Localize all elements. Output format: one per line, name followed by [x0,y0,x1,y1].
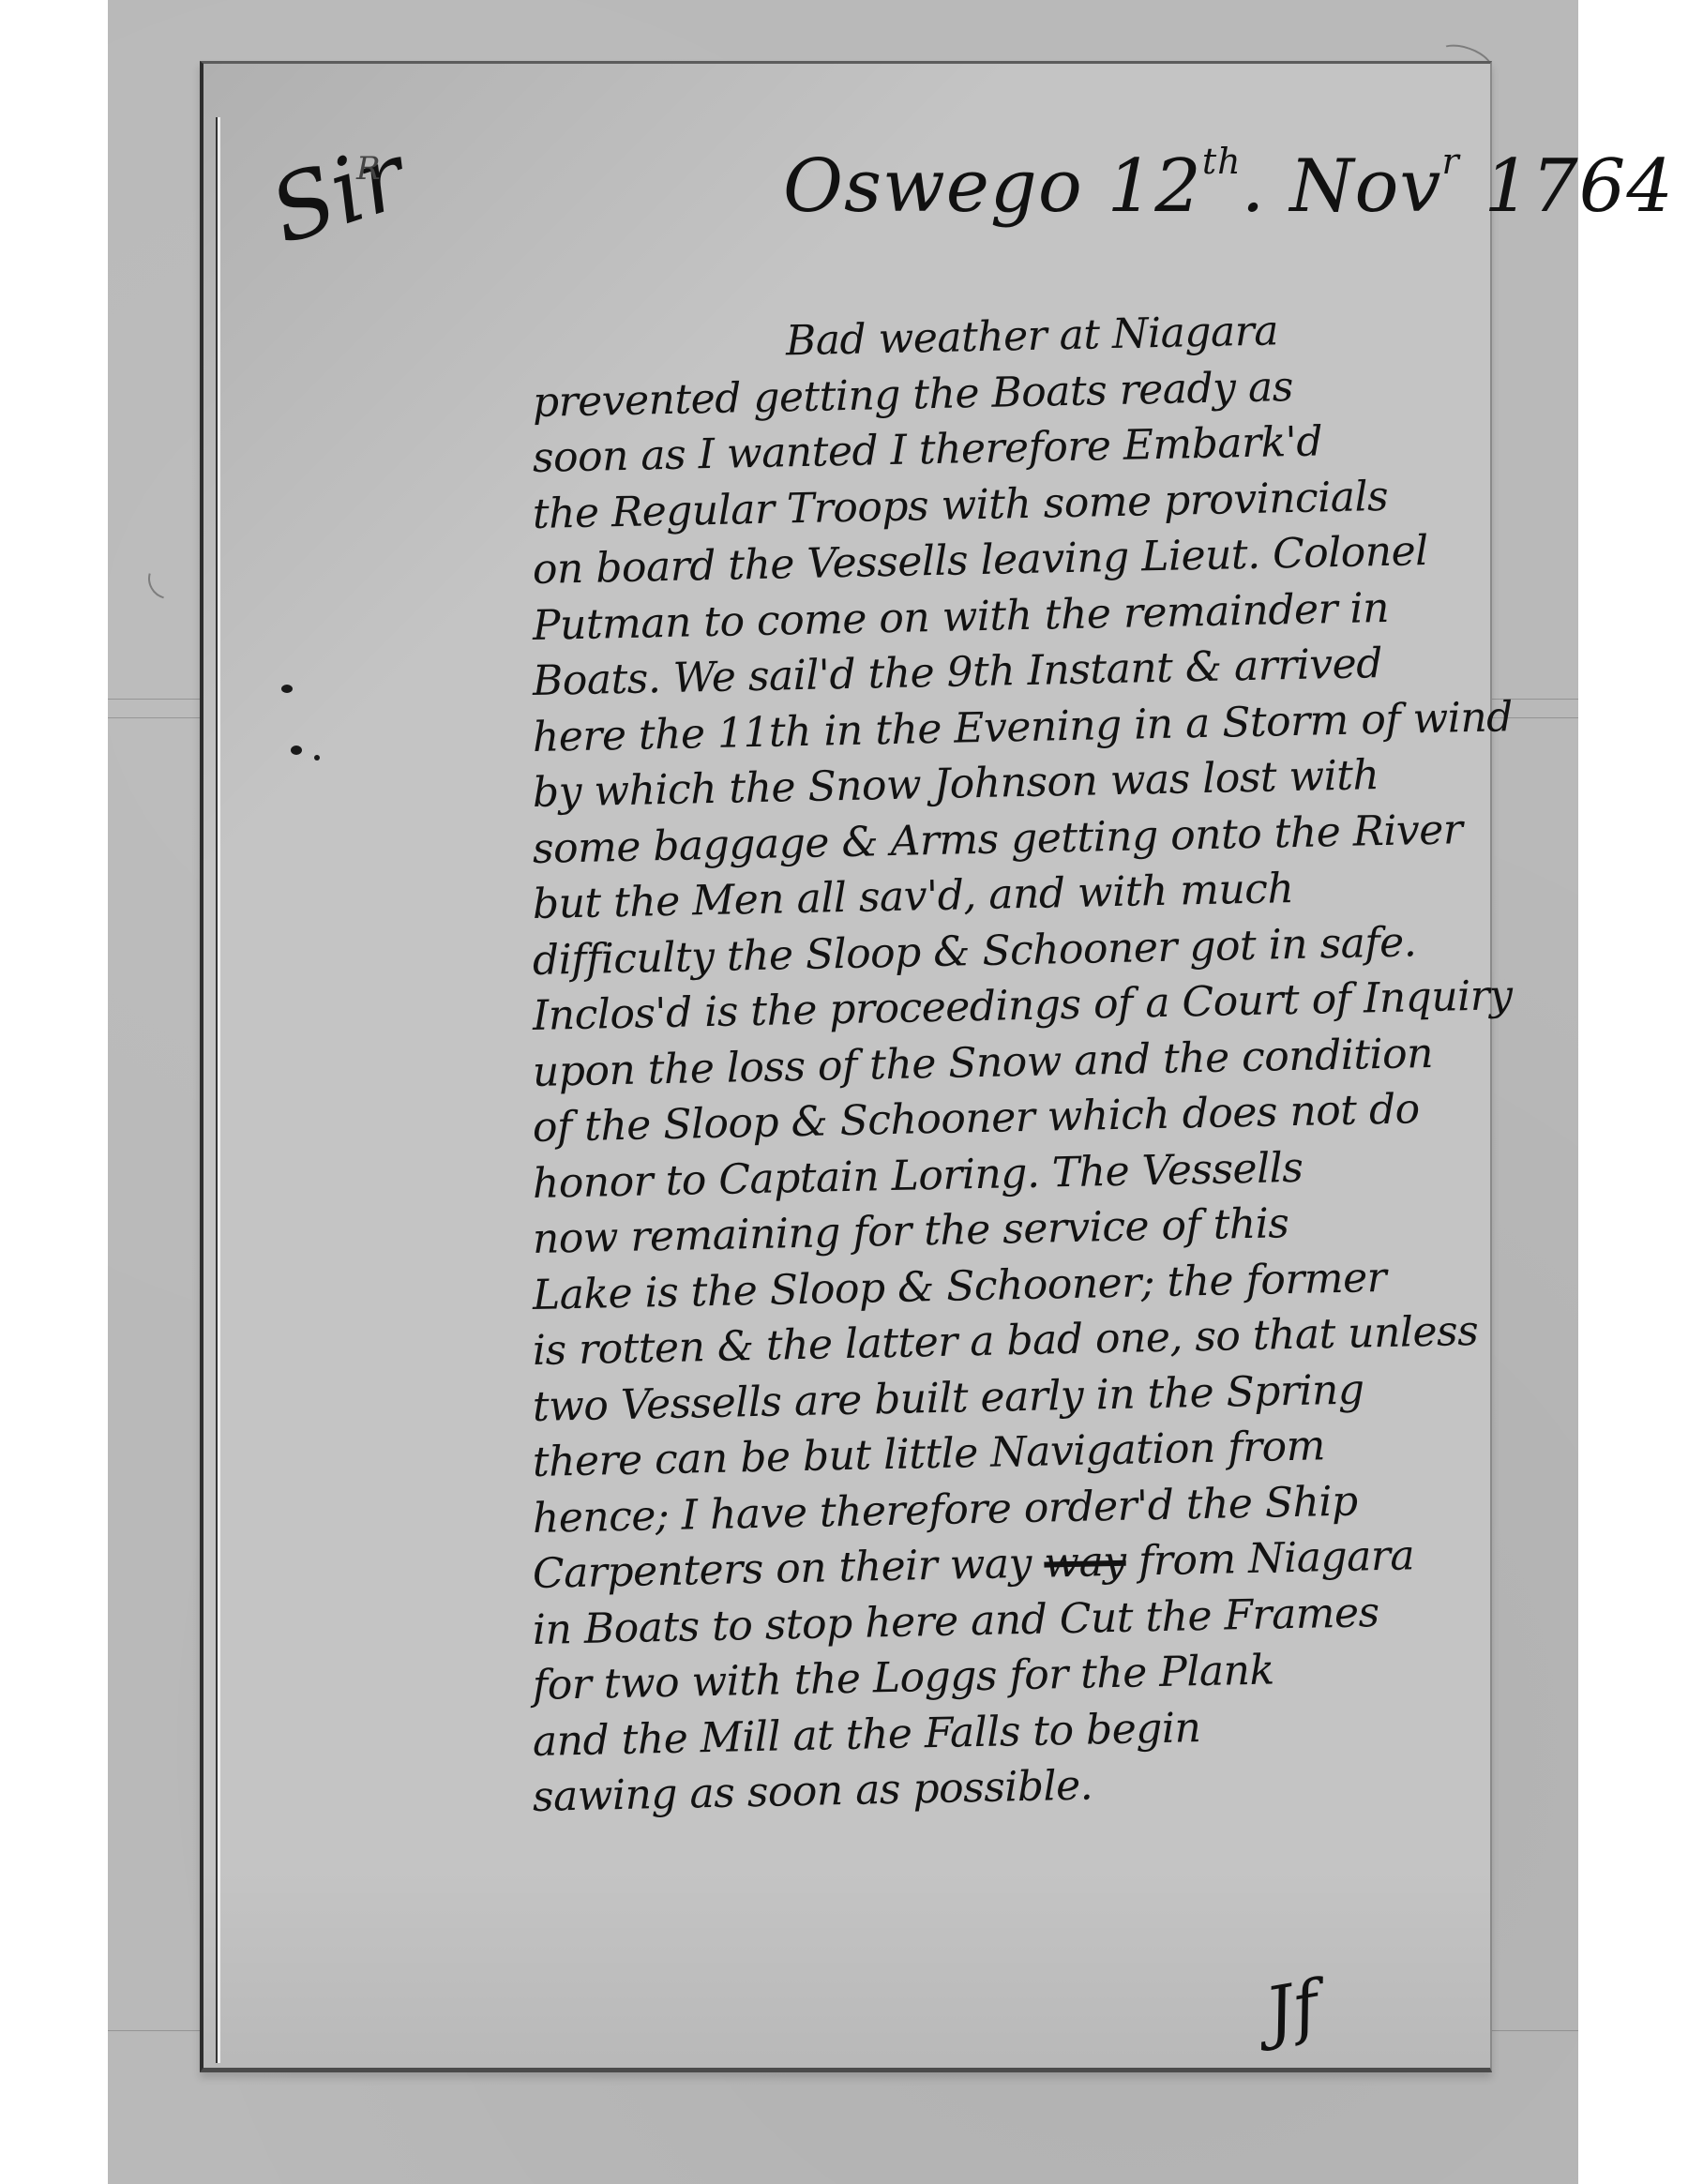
ink-blot [314,755,320,761]
dateline-day: 12 [1108,144,1202,229]
dateline-month: Nov [1289,144,1441,229]
dateline-month-suffix: r [1441,141,1459,182]
letter-body: Bad weather at Niagara prevented getting… [533,319,1470,1826]
struck-word: way [1044,1538,1126,1588]
dateline-year: 1764 [1484,144,1674,229]
ink-blot [281,685,293,693]
dateline-day-suffix: th [1202,141,1242,182]
body-line-text: Carpenters on their way [532,1540,1044,1598]
body-line-text: from Niagara [1125,1531,1414,1585]
dateline-place: Oswego [783,144,1083,229]
dateline: Oswego 12th. Novr 1764 [783,141,1674,229]
ink-blot [291,746,302,755]
salutation-mark: R [356,150,381,188]
binding-edge-line [216,117,220,2063]
